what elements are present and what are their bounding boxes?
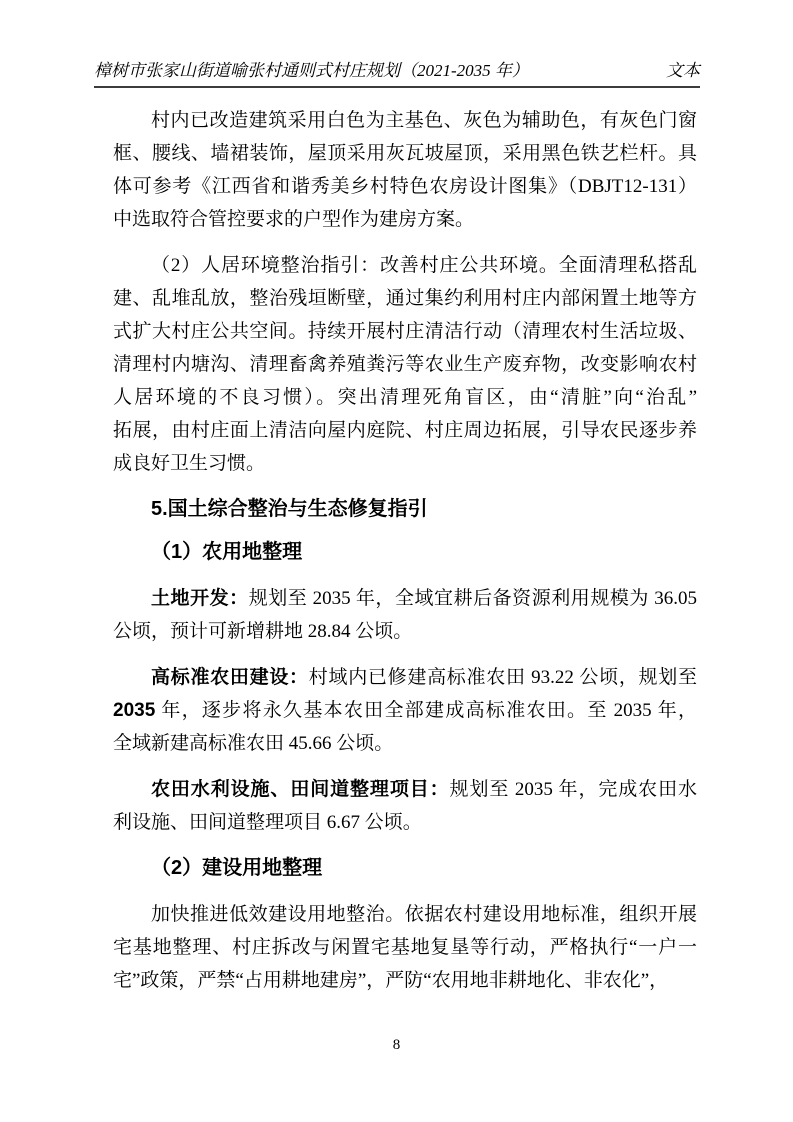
text-run: 村域内已修建高标准农田 93.22 公顷，规划至 [309,667,697,688]
page-footer: 8 [0,1037,793,1054]
section-heading-land-consolidation: 5.国土综合整治与生态修复指引 [113,493,697,526]
header-title: 樟树市张家山街道喻张村通则式村庄规划（2021-2035 年） [94,56,529,81]
text-line: 利设施、田间道整理项目 6.67 公顷。 [113,806,697,839]
text-line: 农田水利设施、田间道整理项目：规划至 2035 年，完成农田水 [113,773,697,806]
text-line: 框、腰线、墙裙装饰，屋顶采用灰瓦坡屋顶，采用黑色铁艺栏杆。具 [113,137,697,170]
text-line: 人居环境的不良习惯）。突出清理死角盲区，由“清脏”向“治乱” [113,381,697,414]
paragraph-land-development: 土地开发：规划至 2035 年，全域宜耕后备资源利用规模为 36.05 公顷，预… [113,582,697,648]
text-run: 年，逐步将永久基本农田全部建成高标准农田。至 2035 年， [155,700,697,721]
paragraph-living-environment-guideline: （2）人居环境整治指引：改善村庄公共环境。全面清理私搭乱 建、乱堆乱放，整治残垣… [113,249,697,480]
header-doc-type: 文本 [666,56,700,81]
header-rule: 樟树市张家山街道喻张村通则式村庄规划（2021-2035 年） 文本 [94,56,700,88]
bold-lead: 土地开发： [151,588,249,609]
text-line: 中选取符合管控要求的户型作为建房方案。 [113,203,697,236]
text-line: 建、乱堆乱放，整治残垣断壁，通过集约利用村庄内部闲置土地等方 [113,282,697,315]
text-line: 加快推进低效建设用地整治。依据农村建设用地标准，组织开展 [113,898,697,931]
text-line: 宅”政策，严禁“占用耕地建房”，严防“农用地非耕地化、非农化”， [113,964,697,997]
paragraph-high-standard-farmland: 高标准农田建设：村域内已修建高标准农田 93.22 公顷，规划至 2035 年，… [113,661,697,760]
text-line: 公顷，预计可新增耕地 28.84 公顷。 [113,615,697,648]
page-header: 樟树市张家山街道喻张村通则式村庄规划（2021-2035 年） 文本 [94,56,700,88]
subsection-heading-construction-land: （2）建设用地整理 [113,852,697,885]
subsection-heading-farmland-consolidation: （1）农用地整理 [113,536,697,569]
text-line: 全域新建高标准农田 45.66 公顷。 [113,727,697,760]
paragraph-building-color-guideline: 村内已改造建筑采用白色为主基色、灰色为辅助色，有灰色门窗 框、腰线、墙裙装饰，屋… [113,104,697,236]
text-line: （2）人居环境整治指引：改善村庄公共环境。全面清理私搭乱 [113,249,697,282]
text-line: 成良好卫生习惯。 [113,447,697,480]
text-line: 村内已改造建筑采用白色为主基色、灰色为辅助色，有灰色门窗 [113,104,697,137]
text-line: 体可参考《江西省和谐秀美乡村特色农房设计图集》（DBJT12-131） [113,170,697,203]
text-line: 拓展，由村庄面上清洁向屋内庭院、村庄周边拓展，引导农民逐步养 [113,414,697,447]
text-run: 规划至 2035 年，全域宜耕后备资源利用规模为 36.05 [249,588,697,609]
text-line: 高标准农田建设：村域内已修建高标准农田 93.22 公顷，规划至 [113,661,697,694]
bold-lead: 农田水利设施、田间道整理项目： [151,779,450,800]
text-run: 规划至 2035 年，完成农田水 [450,779,697,800]
document-body: 村内已改造建筑采用白色为主基色、灰色为辅助色，有灰色门窗 框、腰线、墙裙装饰，屋… [113,104,697,1010]
page-number: 8 [393,1037,401,1053]
document-page: 樟树市张家山街道喻张村通则式村庄规划（2021-2035 年） 文本 村内已改造… [0,0,793,1122]
text-line: 土地开发：规划至 2035 年，全域宜耕后备资源利用规模为 36.05 [113,582,697,615]
bold-year: 2035 [113,700,155,721]
paragraph-construction-land-remediation: 加快推进低效建设用地整治。依据农村建设用地标准，组织开展 宅基地整理、村庄拆改与… [113,898,697,997]
text-line: 式扩大村庄公共空间。持续开展村庄清洁行动（清理农村生活垃圾、 [113,315,697,348]
bold-lead: 高标准农田建设： [151,667,309,688]
text-line: 宅基地整理、村庄拆改与闲置宅基地复垦等行动，严格执行“一户一 [113,931,697,964]
text-line: 清理村内塘沟、清理畜禽养殖粪污等农业生产废弃物，改变影响农村 [113,348,697,381]
paragraph-irrigation-projects: 农田水利设施、田间道整理项目：规划至 2035 年，完成农田水 利设施、田间道整… [113,773,697,839]
text-line: 2035 年，逐步将永久基本农田全部建成高标准农田。至 2035 年， [113,694,697,727]
